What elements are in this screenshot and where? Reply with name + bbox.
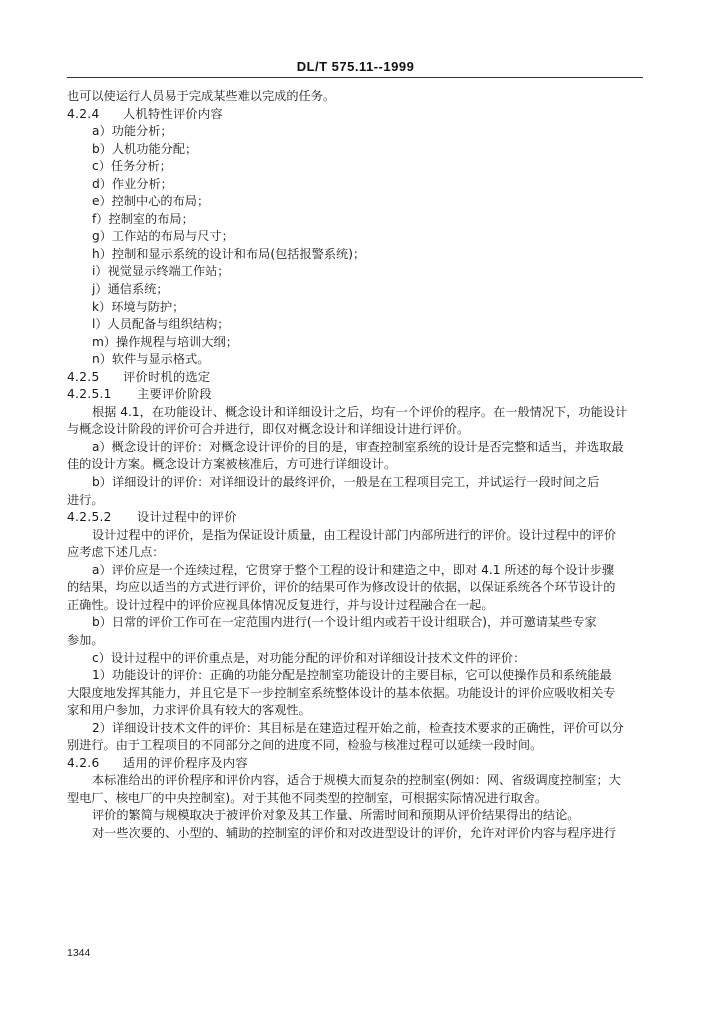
paragraph-line: 正确性。设计过程中的评价应视具体情况反复进行，并与设计过程融合在一起。 bbox=[67, 597, 682, 615]
list-item: f）控制室的布局； bbox=[67, 211, 682, 229]
paragraph-line: c）设计过程中的评价重点是，对功能分配的评价和对详细设计技术文件的评价： bbox=[67, 650, 682, 668]
section-number: 4.2.5 bbox=[67, 369, 123, 387]
section-heading-4-2-5-1: 4.2.5.1主要评价阶段 bbox=[67, 386, 682, 404]
paragraph-line: a）概念设计的评价：对概念设计评价的目的是，审查控制室系统的设计是否完整和适当，… bbox=[67, 439, 682, 457]
list-item: j）通信系统； bbox=[67, 281, 682, 299]
list-item: c）任务分析； bbox=[67, 158, 682, 176]
list-item: i）视觉显示终端工作站； bbox=[67, 263, 682, 281]
paragraph-line: 应考虑下述几点： bbox=[67, 544, 682, 562]
section-heading-4-2-4: 4.2.4人机特性评价内容 bbox=[67, 106, 682, 124]
section-heading-4-2-5: 4.2.5评价时机的选定 bbox=[67, 369, 682, 387]
list-item: m）操作规程与培训大纲； bbox=[67, 334, 682, 352]
list-item: g）工作站的布局与尺寸； bbox=[67, 228, 682, 246]
document-page: DL/T 575.11--1999 也可以使运行人员易于完成某些难以完成的任务。… bbox=[0, 0, 711, 1024]
list-item: a）功能分析； bbox=[67, 123, 682, 141]
section-number: 4.2.4 bbox=[67, 106, 123, 124]
document-body: 也可以使运行人员易于完成某些难以完成的任务。 4.2.4人机特性评价内容 a）功… bbox=[67, 88, 682, 843]
paragraph-line: b）日常的评价工作可在一定范围内进行(一个设计组内或若干设计组联合)，并可邀请某… bbox=[67, 614, 682, 632]
paragraph-line: 佳的设计方案。概念设计方案被核准后，方可进行详细设计。 bbox=[67, 456, 682, 474]
list-item: h）控制和显示系统的设计和布局(包括报警系统)； bbox=[67, 246, 682, 264]
section-heading-4-2-5-2: 4.2.5.2设计过程中的评价 bbox=[67, 509, 682, 527]
header-rule bbox=[67, 77, 643, 78]
running-header: DL/T 575.11--1999 bbox=[0, 59, 711, 74]
paragraph-line: 参加。 bbox=[67, 632, 682, 650]
section-number: 4.2.5.2 bbox=[67, 509, 137, 527]
paragraph-line: 对一些次要的、小型的、辅助的控制室的评价和对改进型设计的评价，允许对评价内容与程… bbox=[67, 825, 682, 843]
paragraph-line: 别进行。由于工程项目的不同部分之间的进度不同，检验与核准过程可以延续一段时间。 bbox=[67, 737, 682, 755]
paragraph-line: 型电厂、核电厂的中央控制室)。对于其他不同类型的控制室，可根据实际情况进行取舍。 bbox=[67, 790, 682, 808]
paragraph-line: 家和用户参加，力求评价具有较大的客观性。 bbox=[67, 702, 682, 720]
section-title: 评价时机的选定 bbox=[123, 370, 210, 384]
paragraph-line: 2）详细设计技术文件的评价：其目标是在建造过程开始之前，检查技术要求的正确性，评… bbox=[67, 720, 682, 738]
section-title: 主要评价阶段 bbox=[137, 387, 212, 401]
paragraph-line: b）详细设计的评价：对详细设计的最终评价，一般是在工程项目完工，并试运行一段时间… bbox=[67, 474, 682, 492]
page-number: 1344 bbox=[67, 947, 90, 959]
paragraph-line: 设计过程中的评价，是指为保证设计质量，由工程设计部门内部所进行的评价。设计过程中… bbox=[67, 527, 682, 545]
section-number: 4.2.5.1 bbox=[67, 386, 137, 404]
list-item: e）控制中心的布局； bbox=[67, 193, 682, 211]
paragraph-line: 的结果，均应以适当的方式进行评价，评价的结果可作为修改设计的依据，以保证系统各个… bbox=[67, 579, 682, 597]
section-heading-4-2-6: 4.2.6适用的评价程序及内容 bbox=[67, 755, 682, 773]
list-item: l）人员配备与组织结构； bbox=[67, 316, 682, 334]
paragraph-line: 根据 4.1，在功能设计、概念设计和详细设计之后，均有一个评价的程序。在一般情况… bbox=[67, 404, 682, 422]
paragraph-line: 1）功能设计的评价：正确的功能分配是控制室功能设计的主要目标，它可以使操作员和系… bbox=[67, 667, 682, 685]
paragraph-line: 大限度地发挥其能力，并且它是下一步控制室系统整体设计的基本依据。功能设计的评价应… bbox=[67, 685, 682, 703]
list-item: n）软件与显示格式。 bbox=[67, 351, 682, 369]
paragraph-line: 与概念设计阶段的评价可合并进行，即仅对概念设计和详细设计进行评价。 bbox=[67, 421, 682, 439]
paragraph-line: 本标准给出的评价程序和评价内容，适合于规模大而复杂的控制室(例如：网、省级调度控… bbox=[67, 772, 682, 790]
list-item: b）人机功能分配； bbox=[67, 141, 682, 159]
paragraph-line: 评价的繁简与规模取决于被评价对象及其工作量、所需时间和预期从评价结果得出的结论。 bbox=[67, 807, 682, 825]
list-item: d）作业分析； bbox=[67, 176, 682, 194]
section-title: 适用的评价程序及内容 bbox=[123, 756, 248, 770]
section-number: 4.2.6 bbox=[67, 755, 123, 773]
list-item: k）环境与防护； bbox=[67, 299, 682, 317]
section-title: 设计过程中的评价 bbox=[137, 510, 237, 524]
continuation-line: 也可以使运行人员易于完成某些难以完成的任务。 bbox=[67, 88, 682, 106]
section-title: 人机特性评价内容 bbox=[123, 107, 223, 121]
paragraph-line: a）评价应是一个连续过程，它贯穿于整个工程的设计和建造之中，即对 4.1 所述的… bbox=[67, 562, 682, 580]
paragraph-line: 进行。 bbox=[67, 492, 682, 510]
